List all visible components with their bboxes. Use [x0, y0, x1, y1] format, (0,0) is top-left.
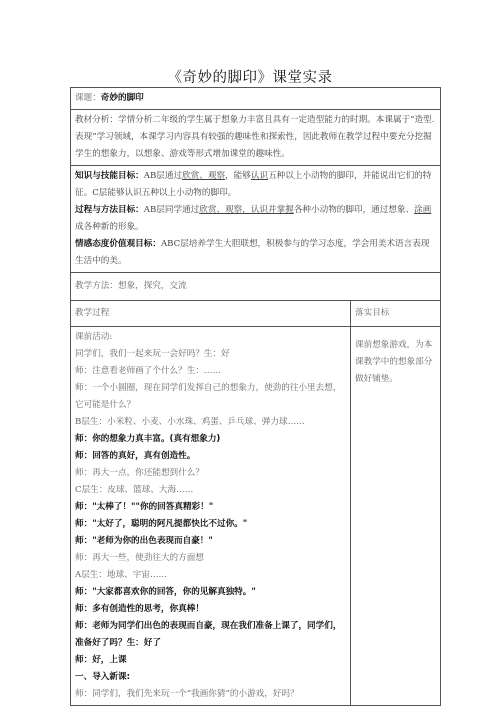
process-line: 同学们，我们一起来玩一会好吗？生：好: [75, 346, 346, 363]
process-goal-label: 过程与方法目标：: [75, 205, 144, 215]
knowledge-goal-text-1: AB层通过: [144, 171, 182, 181]
header-process-label: 教学过程: [75, 308, 109, 318]
header-process: 教学过程: [71, 301, 351, 327]
knowledge-goal-underline-1: 欣赏、观察: [182, 171, 225, 181]
topic-row: 课题：奇妙的脚印: [71, 88, 441, 110]
topic-value: 奇妙的脚印: [101, 93, 144, 103]
knowledge-goal-label: 知识与技能目标：: [75, 171, 144, 181]
process-goal-text-2: 各种小动物的脚印，通过想象、: [294, 205, 414, 215]
process-line: 师：好，上课: [75, 652, 346, 669]
topic-label: 课题：: [75, 93, 101, 103]
process-line: 师：同学们，我们先来玩一个“我画你猜”的小游戏，好吗？: [75, 686, 346, 703]
process-line: 师：一个小圆圈，现在同学们发挥自己的想象力，使劲的往小里去想，它可能是什么？: [75, 380, 346, 414]
lesson-record-table: 课题：奇妙的脚印 教材分析：学情分析二年级的学生属于想象力丰富且具有一定造型能力…: [70, 87, 441, 706]
knowledge-goal-text-2: ，能够: [225, 171, 251, 181]
process-line: 师："太好了，聪明的阿凡提都快比不过你。": [75, 516, 346, 533]
process-line: 师：回答的真好，真有创造性。: [75, 448, 346, 465]
goals-row: 知识与技能目标：AB层通过欣赏、观察，能够认识五种以上小动物的脚印，并能说出它们…: [71, 166, 441, 273]
process-goal-underline-1: 欣赏、观察，认识并掌握: [199, 205, 294, 215]
process-line: 师：你的想象力真丰富。(真有想象力): [75, 431, 346, 448]
knowledge-goal: 知识与技能目标：AB层通过欣赏、观察，能够认识五种以上小动物的脚印，并能说出它们…: [75, 168, 436, 202]
goal-text: 课前想象游戏，为本课教学中的想象部分做好铺垫。: [355, 337, 436, 388]
process-goal-underline-2: 涂画: [414, 205, 431, 215]
process-line: 师：老师为同学们出色的表现而自豪，现在我们准备上课了，同学们，准备好了吗？生：好…: [75, 618, 346, 652]
document-title: 《奇妙的脚印》课堂实录: [0, 66, 500, 87]
method-text: 教学方法：想象，探究，交流: [75, 281, 187, 291]
process-line: 师：注意看老师画了个什么？生：……: [75, 363, 346, 380]
emotion-goal: 情感态度价值观目标：ABC层培养学生大胆联想，积极参与的学习态度，学会用美术语言…: [75, 236, 436, 270]
process-goal-text-3: 成各种新的形象。: [75, 222, 144, 232]
knowledge-goal-underline-2: 认识: [251, 171, 268, 181]
analysis-text: 教材分析：学情分析二年级的学生属于想象力丰富且具有一定造型能力的时期。本课属于“…: [75, 112, 436, 163]
goal-cell: 课前想象游戏，为本课教学中的想象部分做好铺垫。: [351, 327, 441, 706]
method-cell: 教学方法：想象，探究，交流: [71, 273, 441, 301]
process-line: 师："老师为你的出色表现而自豪！": [75, 533, 346, 550]
emotion-goal-label: 情感态度价值观目标：: [75, 239, 161, 249]
process-row: 课前活动: 同学们，我们一起来玩一会好吗？生：好 师：注意看老师画了个什么？生：…: [71, 327, 441, 706]
method-row: 教学方法：想象，探究，交流: [71, 273, 441, 301]
process-line: 师：再大一些，使劲往大的方面想: [75, 550, 346, 567]
header-goal-label: 落实目标: [355, 308, 389, 318]
header-goal: 落实目标: [351, 301, 441, 327]
topic-cell: 课题：奇妙的脚印: [71, 88, 441, 110]
process-goal-text-1: AB层同学通过: [144, 205, 200, 215]
goals-cell: 知识与技能目标：AB层通过欣赏、观察，能够认识五种以上小动物的脚印，并能说出它们…: [71, 166, 441, 273]
process-line: B层生：小米粒、小麦、小水珠、鸡蛋、乒乓球、弹力球……: [75, 414, 346, 431]
process-cell: 课前活动: 同学们，我们一起来玩一会好吗？生：好 师：注意看老师画了个什么？生：…: [71, 327, 351, 706]
process-line: 师：再大一点，你还能想到什么？: [75, 465, 346, 482]
header-row: 教学过程 落实目标: [71, 301, 441, 327]
process-goal: 过程与方法目标：AB层同学通过欣赏、观察，认识并掌握各种小动物的脚印，通过想象、…: [75, 202, 436, 236]
process-line: 师："大家都喜欢你的回答，你的见解真独特。": [75, 584, 346, 601]
process-line: 课前活动:: [75, 329, 346, 346]
process-line: A层生：地球、宇宙……: [75, 567, 346, 584]
process-line: 一、导入新课:: [75, 669, 346, 686]
process-line: C层生：皮球、篮球、大海……: [75, 482, 346, 499]
process-line: 师："太棒了！""你的回答真精彩！": [75, 499, 346, 516]
process-line: 师：多有创造性的思考，你真棒！: [75, 601, 346, 618]
analysis-row: 教材分析：学情分析二年级的学生属于想象力丰富且具有一定造型能力的时期。本课属于“…: [71, 110, 441, 166]
analysis-cell: 教材分析：学情分析二年级的学生属于想象力丰富且具有一定造型能力的时期。本课属于“…: [71, 110, 441, 166]
